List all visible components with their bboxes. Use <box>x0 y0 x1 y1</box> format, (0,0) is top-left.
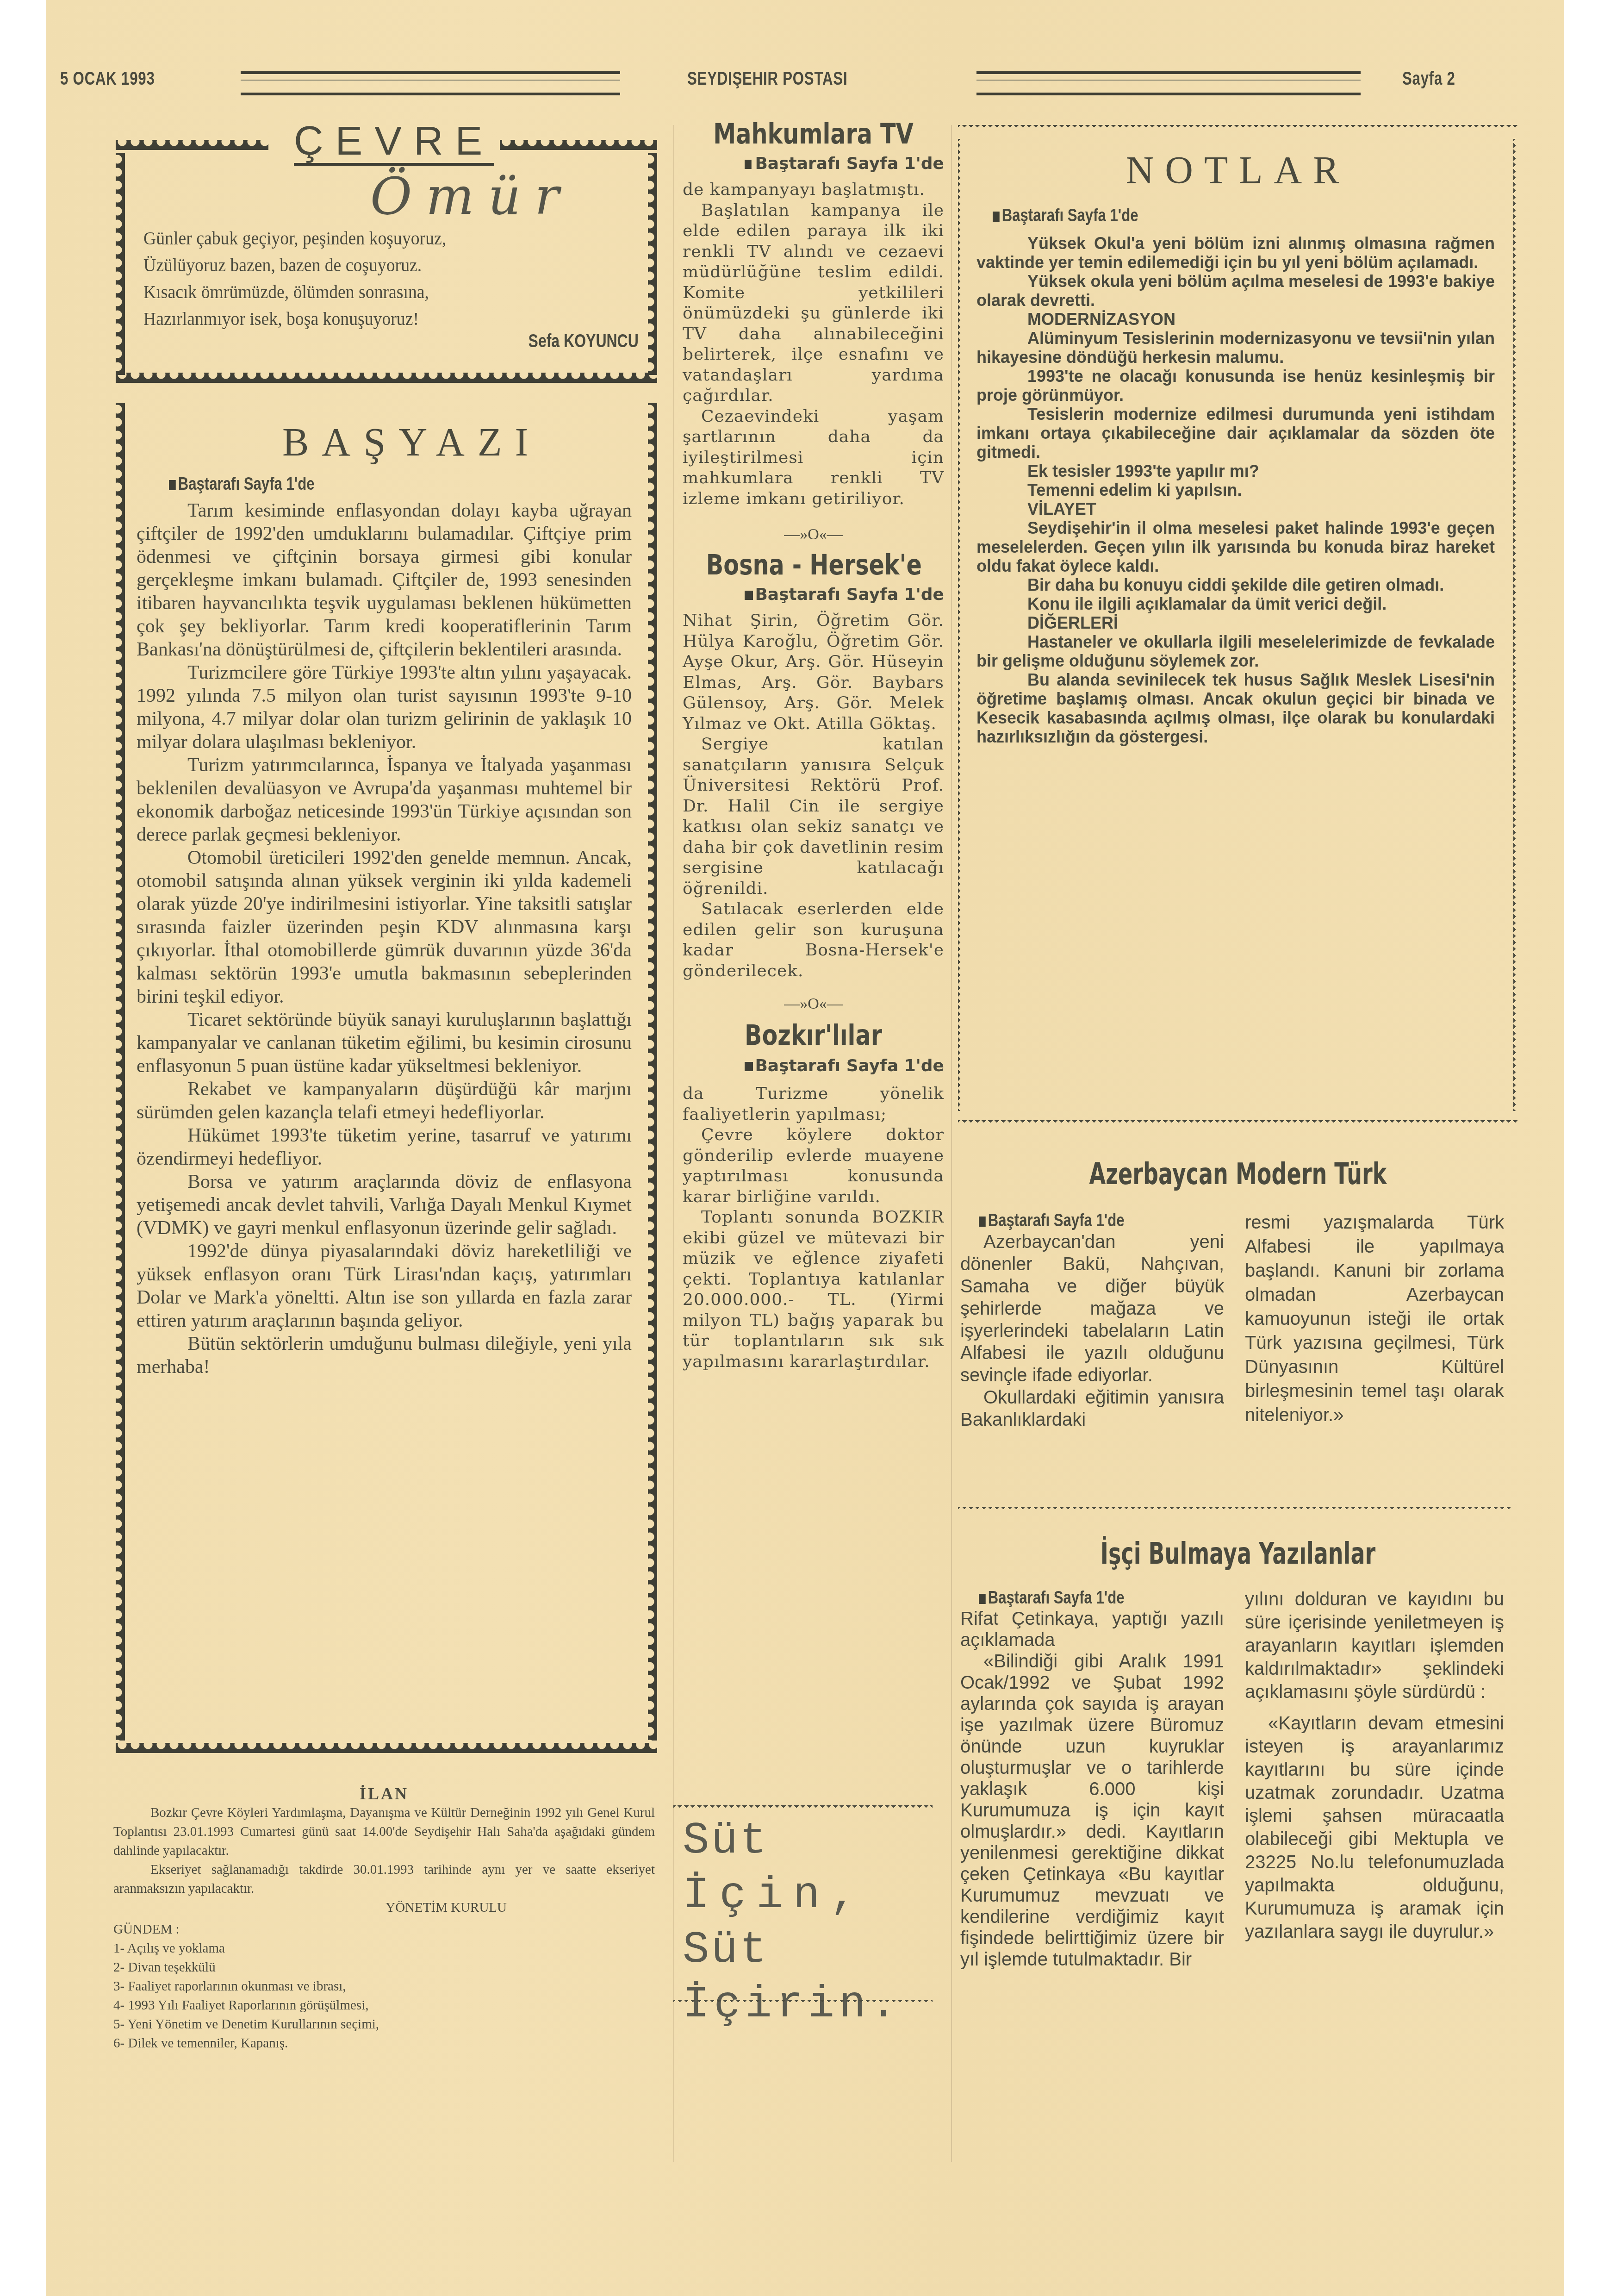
wavy-border-right <box>648 403 657 1741</box>
paragraph: Bu alanda sevinilecek tek husus Sağlık M… <box>976 670 1495 746</box>
paragraph: Azerbaycan'dan yeni dönenler Bakü, Nahçı… <box>960 1231 1224 1386</box>
paragraph: 1992'de dünya piyasalarındaki döviz hare… <box>137 1240 632 1332</box>
subheading: VİLAYET <box>976 499 1495 518</box>
paragraph: Satılacak eserlerden elde edilen gelir s… <box>683 899 944 981</box>
zigzag-divider <box>958 1507 1513 1511</box>
lead-text: Baştarafı Sayfa 1'de <box>755 585 944 604</box>
isci-article: İşçi Bulmaya Yazılanlar Baştarafı Sayfa … <box>958 1537 1518 2139</box>
wavy-border-top-right <box>500 140 657 150</box>
paragraph: Bütün sektörlerin umduğunu bulması dileğ… <box>137 1332 632 1379</box>
notice-paragraph: Ekseriyet sağlanamadığı takdirde 30.01.1… <box>113 1860 655 1898</box>
advert-line: İçin, <box>683 1868 902 1923</box>
page-number: Sayfa 2 <box>1402 69 1455 89</box>
paragraph: Yüksek okula yeni bölüm açılma meselesi … <box>976 272 1495 310</box>
middle-column: Mahkumlara TV Baştarafı Sayfa 1'de de ka… <box>683 118 944 1372</box>
paragraph: Hastaneler ve okullarla ilgili meseleler… <box>976 632 1495 670</box>
lead-text: Baştarafı Sayfa 1'de <box>988 1211 1125 1230</box>
poem-line: Kısacık ömrümüzde, ölümden sonrasına, <box>143 278 446 305</box>
article-body: Nihat Şirin, Öğretim Gör. Hülya Karoğlu,… <box>683 611 944 981</box>
subheading: DİĞERLERİ <box>976 613 1495 632</box>
subheading: MODERNİZASYON <box>976 310 1495 329</box>
cevre-poem-box: ÇEVRE Ömür Günler çabuk geçiyor, peşinde… <box>116 120 662 393</box>
zigzag-border-top <box>958 125 1518 130</box>
headline-isci-bulmaya: İşçi Bulmaya Yazılanlar <box>1036 1537 1439 1571</box>
wavy-border-bottom <box>116 373 657 383</box>
paragraph: Bir daha bu konuyu ciddi şekilde dile ge… <box>976 575 1495 594</box>
agenda-item: 2- Divan teşekkülü <box>113 1958 655 1977</box>
continued-from-label: Baştarafı Sayfa 1'de <box>979 1588 1180 1608</box>
paragraph: Alüminyum Tesislerinin modernizasyonu ve… <box>976 329 1495 367</box>
basyazi-box: BAŞYAZI Baştarafı Sayfa 1'de Tarım kesim… <box>116 398 662 1768</box>
issue-date: 5 OCAK 1993 <box>60 69 155 89</box>
paragraph: Seydişehir'in il olma meselesi paket hal… <box>976 518 1495 575</box>
bullet-square-icon <box>745 591 753 600</box>
poem-line: Günler çabuk geçiyor, peşinden koşuyoruz… <box>143 225 446 251</box>
lead-text: Baştarafı Sayfa 1'de <box>755 1056 944 1075</box>
paragraph: Nihat Şirin, Öğretim Gör. Hülya Karoğlu,… <box>683 611 944 734</box>
agenda-item: 6- Dilek ve temenniler, Kapanış. <box>113 2034 655 2053</box>
poem-body: Günler çabuk geçiyor, peşinden koşuyoruz… <box>143 225 473 332</box>
continued-from-label: Baştarafı Sayfa 1'de <box>683 585 944 604</box>
paragraph: Borsa ve yatırım araçlarında döviz de en… <box>137 1170 632 1240</box>
notice-title: İLAN <box>113 1784 655 1803</box>
paragraph: yılını dolduran ve kayıdını bu süre içer… <box>1245 1588 1504 1703</box>
continued-from-label: Baştarafı Sayfa 1'de <box>993 206 1138 226</box>
bullet-square-icon <box>979 1594 986 1604</box>
headline-azerbaycan: Azerbaycan Modern Türk <box>1036 1157 1439 1192</box>
paragraph: Okullardaki eğitimin yanısıra Bakanlıkla… <box>960 1386 1224 1431</box>
agenda-item: 5- Yeni Yönetim ve Denetim Kurullarının … <box>113 2015 655 2034</box>
paragraph: Başlatılan kampanya ile elde edilen para… <box>683 200 944 406</box>
advert-line: Süt <box>683 1923 902 1978</box>
masthead-rule-left <box>241 71 620 95</box>
paragraph: Konu ile ilgili açıklamalar da ümit veri… <box>976 594 1495 613</box>
paragraph: Tesislerin modernize edilmesi durumunda … <box>976 405 1495 462</box>
paragraph: Toplantı sonunda BOZKIR ekibi güzel ve m… <box>683 1207 944 1372</box>
headline-bosna-hersek: Bosna - Hersek'e <box>706 549 920 581</box>
paragraph: «Bilindiği gibi Aralık 1991 Ocak/1992 ve… <box>960 1651 1224 1970</box>
notice-signature: YÖNETİM KURULU <box>113 1898 655 1917</box>
paragraph: «Kayıtların devam etmesini isteyen iş ar… <box>1245 1712 1504 1943</box>
paragraph: de kampanyayı başlatmıştı. <box>683 180 944 200</box>
editorial-body: Tarım kesiminde enflasyondan dolayı kayb… <box>137 499 632 1379</box>
headline-bozkirlilar: Bozkır'lılar <box>706 1019 920 1052</box>
milk-advert: Süt İçin, Süt İçirin. <box>673 1805 933 2009</box>
bullet-square-icon <box>745 1062 753 1071</box>
agenda-item: 1- Açılış ve yoklama <box>113 1939 655 1958</box>
bullet-square-icon <box>169 480 176 490</box>
azerbaycan-article: Azerbaycan Modern Türk Baştarafı Sayfa 1… <box>958 1157 1518 1509</box>
wavy-border-right <box>648 153 657 375</box>
lead-text: Baştarafı Sayfa 1'de <box>988 1588 1125 1608</box>
zigzag-border-bottom <box>958 1120 1518 1125</box>
lead-text: Baştarafı Sayfa 1'de <box>755 154 944 173</box>
paragraph: Yüksek Okul'a yeni bölüm izni alınmış ol… <box>976 234 1495 272</box>
paragraph: Ek tesisler 1993'te yapılır mı? <box>976 462 1495 480</box>
zigzag-border-top <box>673 1805 933 1810</box>
zigzag-border-left <box>958 139 962 1111</box>
zigzag-border-right <box>1513 139 1517 1111</box>
wavy-border-bottom <box>116 1743 657 1753</box>
advert-line: İçirin. <box>683 1978 902 2032</box>
article-column-2: resmi yazışmalarda Türk Alfabesi ile yap… <box>1245 1210 1504 1427</box>
poem-line: Hazırlanmıyor isek, boşa konuşuyoruz! <box>143 305 446 332</box>
ilan-notice: İLAN Bozkır Çevre Köyleri Yardımlaşma, D… <box>113 1784 655 2053</box>
notlar-body: Yüksek Okul'a yeni bölüm izni alınmış ol… <box>976 234 1495 746</box>
paragraph: Rekabet ve kampanyaların düşürdüğü kâr m… <box>137 1078 632 1124</box>
paragraph: resmi yazışmalarda Türk Alfabesi ile yap… <box>1245 1210 1504 1427</box>
zigzag-border-bottom <box>673 2000 933 2004</box>
paragraph: Temenni edelim ki yapılsın. <box>976 480 1495 499</box>
lead-text: Baştarafı Sayfa 1'de <box>1002 206 1138 225</box>
agenda-item: 4- 1993 Yılı Faaliyet Raporlarının görüş… <box>113 1996 655 2015</box>
masthead: 5 OCAK 1993 SEYDIŞEHIR POSTASI Sayfa 2 <box>60 69 1504 96</box>
article-body: da Turizme yönelik faaliyetlerin yapılma… <box>683 1084 944 1372</box>
continued-from-label: Baştarafı Sayfa 1'de <box>169 474 315 494</box>
column-divider <box>951 125 952 2162</box>
article-column-1: Baştarafı Sayfa 1'de Azerbaycan'dan yeni… <box>960 1210 1224 1431</box>
paragraph: Sergiye katılan sanatçıların yanısıra Se… <box>683 734 944 899</box>
notlar-box: NOTLAR Baştarafı Sayfa 1'de Yüksek Okul'… <box>958 125 1518 1125</box>
paragraph: Çevre köylere doktor gönderilip evlerde … <box>683 1125 944 1207</box>
agenda-label: GÜNDEM : <box>113 1920 655 1939</box>
masthead-rule-right <box>976 71 1361 95</box>
section-title-notlar: NOTLAR <box>958 148 1518 193</box>
separator-ornament: —»O«— <box>683 995 944 1013</box>
paragraph: 1993'te ne olacağı konusunda ise henüz k… <box>976 367 1495 405</box>
paragraph: Turizmcilere göre Türkiye 1993'te altın … <box>137 661 632 754</box>
continued-from-label: Baştarafı Sayfa 1'de <box>979 1210 1180 1231</box>
paragraph: Turizm yatırımcılarınca, İspanya ve İtal… <box>137 754 632 846</box>
paragraph: Tarım kesiminde enflasyondan dolayı kayb… <box>137 499 632 661</box>
paragraph: Cezaevindeki yaşam şartlarının daha da i… <box>683 406 944 510</box>
continued-from-label: Baştarafı Sayfa 1'de <box>683 1056 944 1075</box>
advert-line: Süt <box>683 1814 902 1868</box>
bullet-square-icon <box>745 160 752 169</box>
poem-title: Ömür <box>370 167 573 226</box>
wavy-border-left <box>116 153 125 375</box>
paragraph: Otomobil üreticileri 1992'den genelde me… <box>137 846 632 1008</box>
headline-mahkumlara-tv: Mahkumlara TV <box>706 118 920 150</box>
newspaper-title: SEYDIŞEHIR POSTASI <box>687 69 847 89</box>
poem-author: Sefa KOYUNCU <box>529 331 639 352</box>
lead-text: Baştarafı Sayfa 1'de <box>178 474 315 494</box>
paragraph: da Turizme yönelik faaliyetlerin yapılma… <box>683 1084 944 1125</box>
article-column-1: Baştarafı Sayfa 1'de Rifat Çetinkaya, ya… <box>960 1588 1224 1970</box>
section-title-basyazi: BAŞYAZI <box>282 419 541 465</box>
paragraph: Hükümet 1993'te tüketim yerine, tasarruf… <box>137 1124 632 1170</box>
poem-line: Üzülüyoruz bazen, bazen de coşuyoruz. <box>143 251 446 278</box>
notice-paragraph: Bozkır Çevre Köyleri Yardımlaşma, Dayanı… <box>113 1803 655 1860</box>
wavy-border-left <box>116 403 125 1741</box>
paragraph: Ticaret sektöründe büyük sanayi kuruluşl… <box>137 1008 632 1078</box>
separator-ornament: —»O«— <box>683 526 944 543</box>
paragraph: Rifat Çetinkaya, yaptığı yazılı açıklama… <box>960 1608 1224 1651</box>
bullet-square-icon <box>979 1217 986 1227</box>
agenda-item: 3- Faaliyet raporlarının okunması ve ibr… <box>113 1977 655 1996</box>
article-column-2: yılını dolduran ve kayıdını bu süre içer… <box>1245 1588 1504 1943</box>
section-title-cevre: ÇEVRE <box>294 120 494 166</box>
wavy-border-top-left <box>116 140 268 150</box>
continued-from-label: Baştarafı Sayfa 1'de <box>683 154 944 173</box>
article-body: de kampanyayı başlatmıştı. Başlatılan ka… <box>683 180 944 509</box>
bullet-square-icon <box>993 212 1000 222</box>
